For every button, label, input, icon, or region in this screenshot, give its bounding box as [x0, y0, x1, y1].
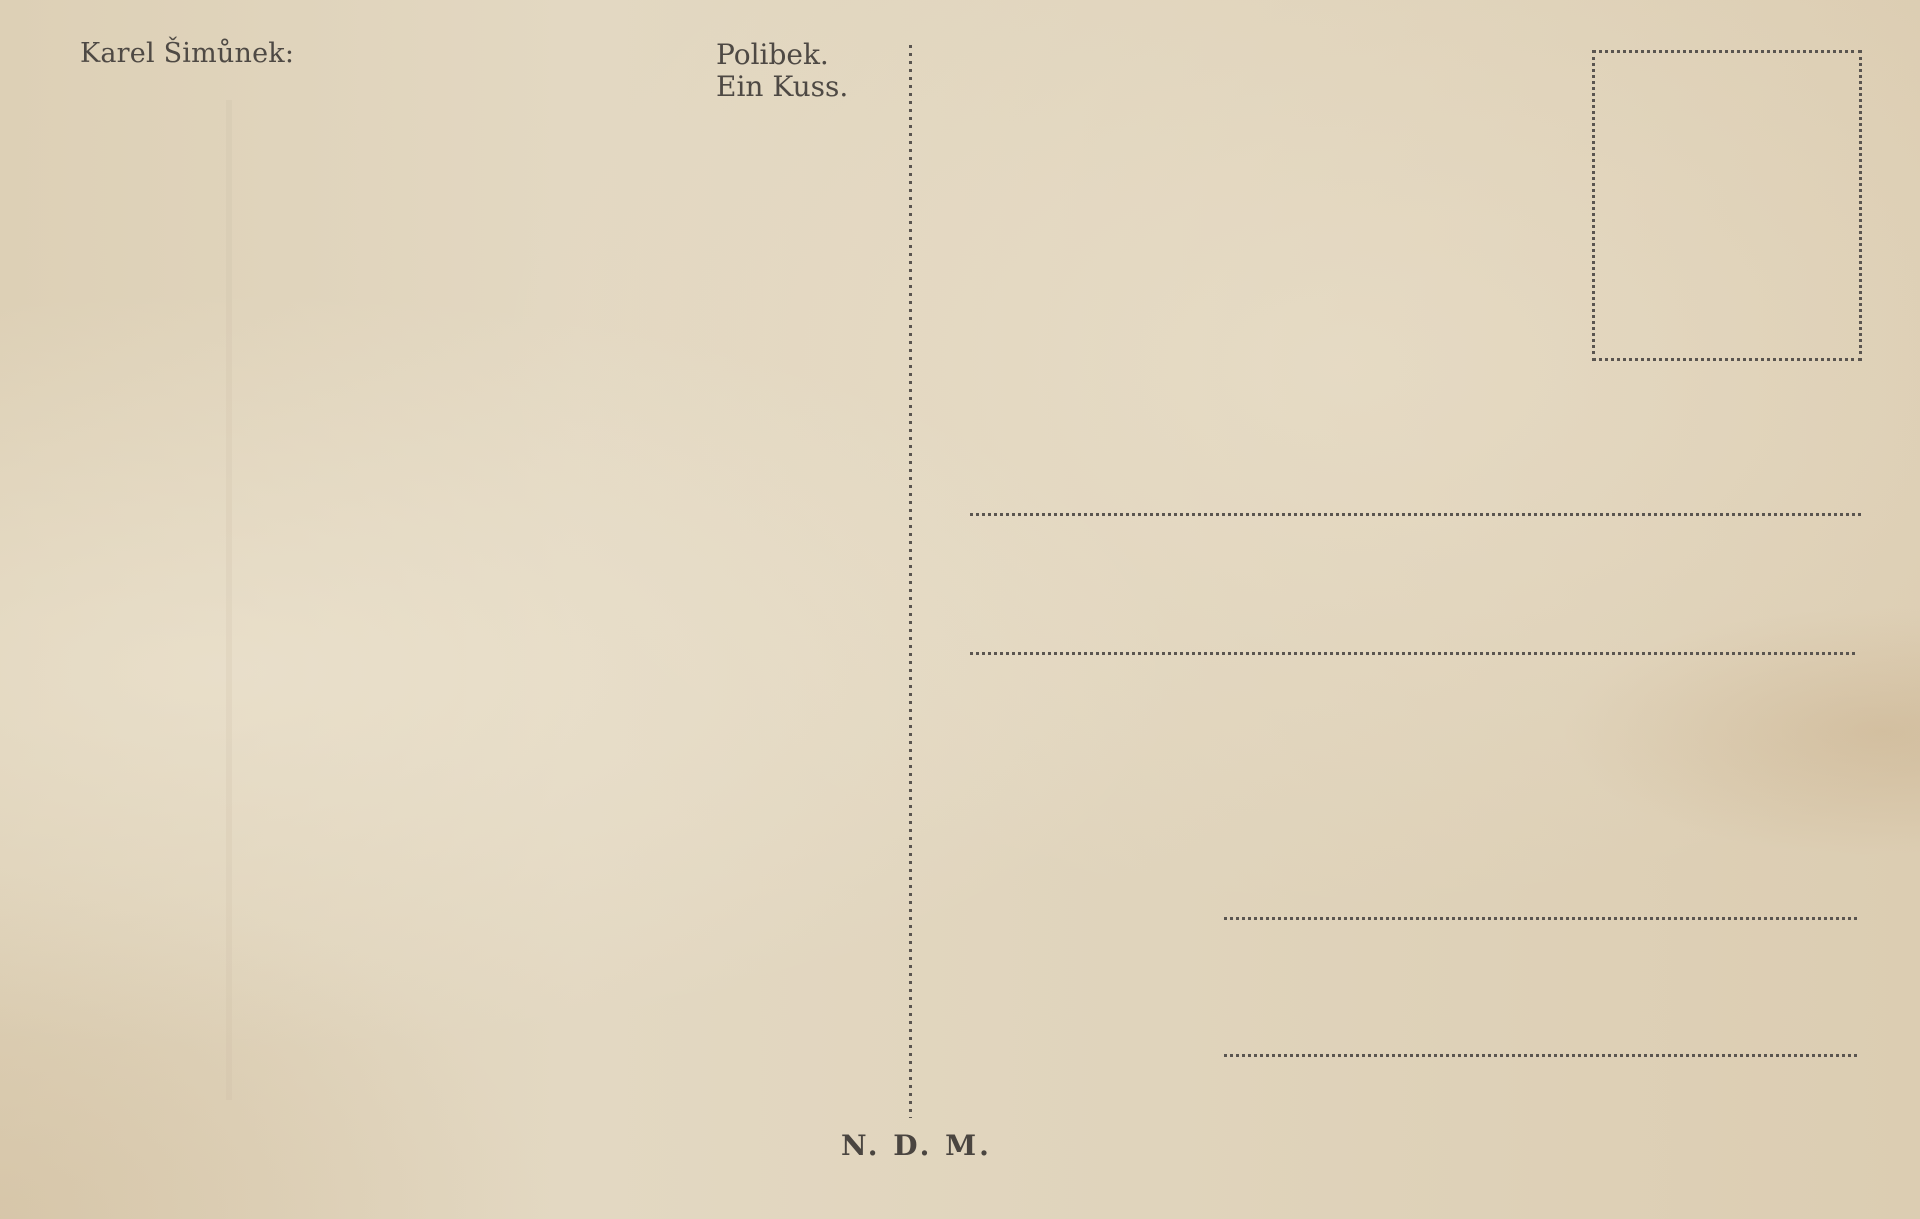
publisher-mark: N. D. M.	[841, 1129, 992, 1162]
title-german: Ein Kuss.	[716, 70, 848, 103]
stamp-placement-box	[1592, 50, 1862, 361]
title-czech: Polibek.	[716, 38, 829, 71]
author-credit: Karel Šimůnek:	[80, 38, 294, 69]
address-line-3	[1224, 917, 1860, 920]
address-line-1	[970, 513, 1862, 516]
paper-fold-mark	[226, 100, 232, 1100]
address-line-4	[1224, 1054, 1860, 1057]
center-divider-dotted-line	[909, 45, 912, 1118]
address-line-2	[970, 652, 1858, 655]
